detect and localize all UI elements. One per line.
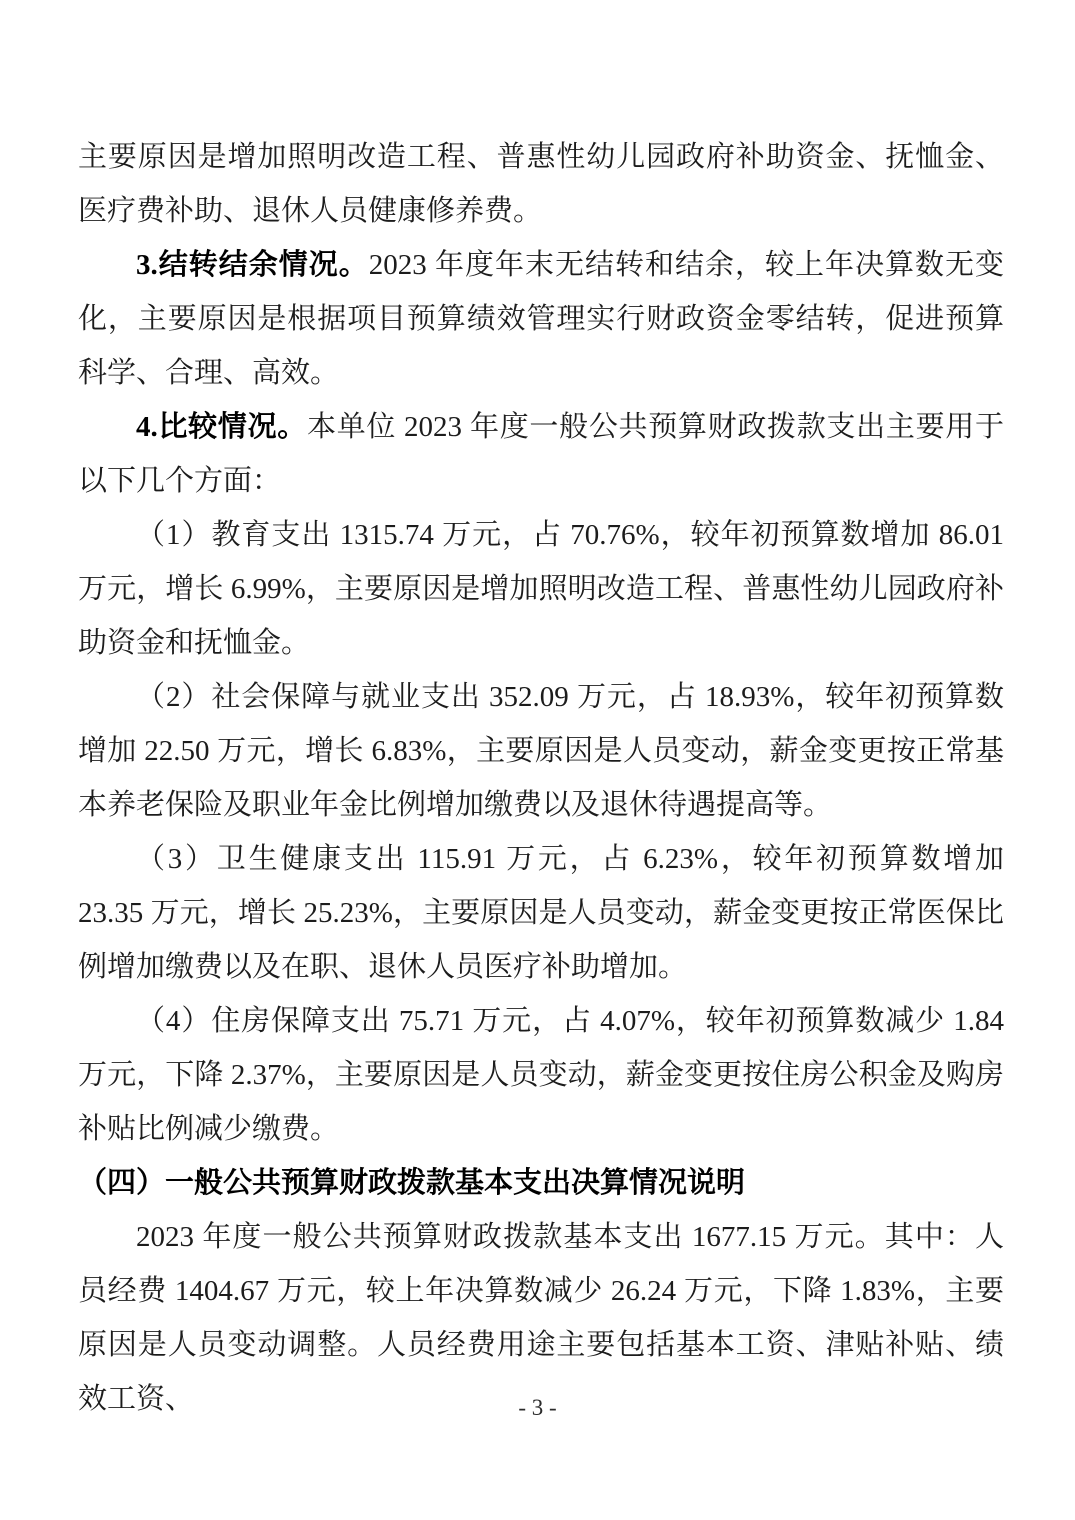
paragraph-carryover-balance: 3.结转结余情况。2023 年度年末无结转和结余，较上年决算数无变化，主要原因是… <box>78 238 1004 400</box>
paragraph-comparison: 4.比较情况。本单位 2023 年度一般公共预算财政拨款支出主要用于以下几个方面… <box>78 400 1004 508</box>
document-body: 主要原因是增加照明改造工程、普惠性幼儿园政府补助资金、抚恤金、医疗费补助、退休人… <box>78 130 1004 1426</box>
paragraph-item-health: （3）卫生健康支出 115.91 万元，占 6.23%，较年初预算数增加 23.… <box>78 832 1004 994</box>
paragraph-item-housing: （4）住房保障支出 75.71 万元，占 4.07%，较年初预算数减少 1.84… <box>78 994 1004 1156</box>
paragraph-item-housing-text: （4）住房保障支出 75.71 万元，占 4.07%，较年初预算数减少 1.84… <box>78 1005 1004 1145</box>
paragraph-item-social-security: （2）社会保障与就业支出 352.09 万元，占 18.93%，较年初预算数增加… <box>78 670 1004 832</box>
paragraph-item-health-text: （3）卫生健康支出 115.91 万元，占 6.23%，较年初预算数增加 23.… <box>78 843 1004 983</box>
paragraph-continuation: 主要原因是增加照明改造工程、普惠性幼儿园政府补助资金、抚恤金、医疗费补助、退休人… <box>78 130 1004 238</box>
heading-carryover-balance: 3.结转结余情况。 <box>136 249 369 281</box>
document-page: 主要原因是增加照明改造工程、普惠性幼儿园政府补助资金、抚恤金、医疗费补助、退休人… <box>0 0 1075 1520</box>
section-4-heading-text: （四）一般公共预算财政拨款基本支出决算情况说明 <box>78 1167 745 1199</box>
paragraph-basic-expenditure-text: 2023 年度一般公共预算财政拨款基本支出 1677.15 万元。其中：人员经费… <box>78 1221 1004 1415</box>
heading-comparison: 4.比较情况。 <box>136 411 307 443</box>
page-number: - 3 - <box>518 1395 556 1420</box>
section-4-heading: （四）一般公共预算财政拨款基本支出决算情况说明 <box>78 1156 1004 1210</box>
paragraph-item-social-security-text: （2）社会保障与就业支出 352.09 万元，占 18.93%，较年初预算数增加… <box>78 681 1004 821</box>
paragraph-item-education: （1）教育支出 1315.74 万元，占 70.76%，较年初预算数增加 86.… <box>78 508 1004 670</box>
paragraph-item-education-text: （1）教育支出 1315.74 万元，占 70.76%，较年初预算数增加 86.… <box>78 519 1004 659</box>
paragraph-continuation-text: 主要原因是增加照明改造工程、普惠性幼儿园政府补助资金、抚恤金、医疗费补助、退休人… <box>78 141 1004 227</box>
page-footer: - 3 - <box>0 1393 1075 1423</box>
